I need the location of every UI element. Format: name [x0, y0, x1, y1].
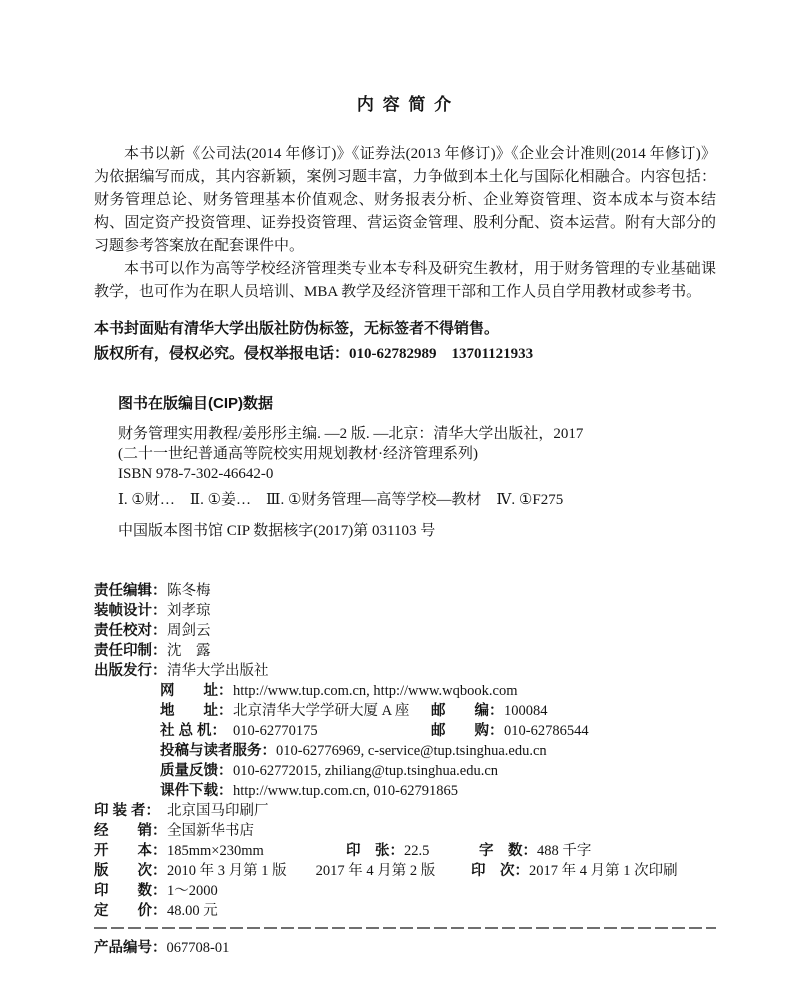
copyright-page: 内 容 简 介 本书以新《公司法(2014 年修订)》《证券法(2013 年修订…	[0, 0, 810, 1000]
product-number-label: 产品编号：	[94, 938, 167, 959]
cip-section: 图书在版编目(CIP)数据 财务管理实用教程/姜彤彤主编. —2 版. —北京：…	[118, 394, 716, 541]
format-row: 开 本：185mm×230mm印 张：22.5字 数：488 千字	[94, 841, 716, 861]
print-supervisor-value: 沈 露	[167, 641, 211, 661]
price-value: 48.00 元	[167, 901, 218, 921]
format-value: 185mm×230mm	[167, 841, 346, 861]
postcode-label: 邮 编：	[431, 701, 504, 721]
print-supervisor-row: 责任印制：沈 露	[94, 641, 716, 661]
switchboard-row: 社 总 机：010-62770175邮 购：010-62786544	[160, 721, 716, 741]
switchboard-value: 010-62770175	[233, 721, 431, 741]
intro-section: 本书以新《公司法(2014 年修订)》《证券法(2013 年修订)》《企业会计准…	[94, 143, 716, 304]
postcode-value: 100084	[504, 701, 548, 721]
designer-label: 装帧设计：	[94, 601, 167, 621]
reader-service-row: 投稿与读者服务：010-62776969, c-service@tup.tsin…	[160, 741, 716, 761]
mail-order-value: 010-62786544	[504, 721, 589, 741]
distribution-row: 经 销：全国新华书店	[94, 821, 716, 841]
edition-value: 2010 年 3 月第 1 版 2017 年 4 月第 2 版	[167, 861, 471, 881]
switchboard-label: 社 总 机：	[160, 721, 233, 741]
word-count-value: 488 千字	[537, 841, 591, 861]
format-label: 开 本：	[94, 841, 167, 861]
website-value: http://www.tup.com.cn, http://www.wqbook…	[233, 681, 517, 701]
printer-value: 北京国马印刷厂	[167, 801, 269, 821]
page-title: 内 容 简 介	[94, 90, 716, 115]
edition-label: 版 次：	[94, 861, 167, 881]
courseware-row: 课件下载：http://www.tup.com.cn, 010-62791865	[160, 781, 716, 801]
anti-piracy-notice: 本书封面贴有清华大学出版社防伪标签，无标签者不得销售。 版权所有，侵权必究。侵权…	[94, 317, 716, 367]
anti-piracy-line-1: 本书封面贴有清华大学出版社防伪标签，无标签者不得销售。	[94, 317, 716, 342]
address-label: 地 址：	[160, 701, 233, 721]
print-run-value: 1～2000	[167, 881, 218, 901]
edition-row: 版 次：2010 年 3 月第 1 版 2017 年 4 月第 2 版印 次：2…	[94, 861, 716, 881]
reader-service-label: 投稿与读者服务：	[160, 741, 276, 761]
price-row: 定 价：48.00 元	[94, 901, 716, 921]
intro-paragraph-2: 本书可以作为高等学校经济管理类专业本专科及研究生教材，用于财务管理的专业基础课教…	[94, 258, 716, 304]
designer-value: 刘孝琼	[167, 601, 211, 621]
proofreader-value: 周剑云	[167, 621, 211, 641]
editor-value: 陈冬梅	[167, 581, 211, 601]
cip-series-line: (二十一世纪普通高等院校实用规划教材·经济管理系列)	[118, 444, 716, 464]
price-label: 定 价：	[94, 901, 167, 921]
distribution-value: 全国新华书店	[167, 821, 254, 841]
word-count-label: 字 数：	[479, 841, 537, 861]
sheets-value: 22.5	[404, 841, 479, 861]
print-run-row: 印 数：1～2000	[94, 881, 716, 901]
designer-row: 装帧设计：刘孝琼	[94, 601, 716, 621]
website-label: 网 址：	[160, 681, 233, 701]
address-row: 地 址：北京清华大学学研大厦 A 座邮 编：100084	[160, 701, 716, 721]
printer-row: 印 装 者：北京国马印刷厂	[94, 801, 716, 821]
address-value: 北京清华大学学研大厦 A 座	[233, 701, 431, 721]
colophon-section: 责任编辑：陈冬梅 装帧设计：刘孝琼 责任校对：周剑云 责任印制：沈 露 出版发行…	[94, 581, 716, 921]
editor-label: 责任编辑：	[94, 581, 167, 601]
reader-service-value: 010-62776969, c-service@tup.tsinghua.edu…	[276, 741, 547, 761]
courseware-value: http://www.tup.com.cn, 010-62791865	[233, 781, 458, 801]
courseware-label: 课件下载：	[160, 781, 233, 801]
cip-heading: 图书在版编目(CIP)数据	[118, 394, 716, 414]
product-number-value: 067708-01	[167, 938, 230, 959]
cip-title-line: 财务管理实用教程/姜彤彤主编. —2 版. —北京：清华大学出版社，2017	[118, 424, 716, 444]
quality-feedback-value: 010-62772015, zhiliang@tup.tsinghua.edu.…	[233, 761, 498, 781]
impression-value: 2017 年 4 月第 1 次印刷	[529, 861, 678, 881]
proofreader-label: 责任校对：	[94, 621, 167, 641]
printer-label: 印 装 者：	[94, 801, 167, 821]
distribution-label: 经 销：	[94, 821, 167, 841]
cip-isbn: ISBN 978-7-302-46642-0	[118, 464, 716, 484]
print-supervisor-label: 责任印制：	[94, 641, 167, 661]
cip-record-number: 中国版本图书馆 CIP 数据核字(2017)第 031103 号	[118, 521, 716, 541]
product-number-row: 产品编号：067708-01	[94, 938, 716, 959]
intro-paragraph-1: 本书以新《公司法(2014 年修订)》《证券法(2013 年修订)》《企业会计准…	[94, 143, 716, 258]
mail-order-label: 邮 购：	[431, 721, 504, 741]
publisher-row: 出版发行：清华大学出版社	[94, 661, 716, 681]
editor-row: 责任编辑：陈冬梅	[94, 581, 716, 601]
anti-piracy-line-2: 版权所有，侵权必究。侵权举报电话：010-62782989 1370112193…	[94, 342, 716, 367]
print-run-label: 印 数：	[94, 881, 167, 901]
publisher-value: 清华大学出版社	[167, 661, 269, 681]
publisher-label: 出版发行：	[94, 661, 167, 681]
impression-label: 印 次：	[471, 861, 529, 881]
website-row: 网 址：http://www.tup.com.cn, http://www.wq…	[160, 681, 716, 701]
sheets-label: 印 张：	[346, 841, 404, 861]
quality-feedback-label: 质量反馈：	[160, 761, 233, 781]
quality-feedback-row: 质量反馈：010-62772015, zhiliang@tup.tsinghua…	[160, 761, 716, 781]
cip-classification: Ⅰ. ①财… Ⅱ. ①姜… Ⅲ. ①财务管理—高等学校—教材 Ⅳ. ①F275	[118, 490, 716, 510]
proofreader-row: 责任校对：周剑云	[94, 621, 716, 641]
dashed-divider	[94, 927, 716, 929]
